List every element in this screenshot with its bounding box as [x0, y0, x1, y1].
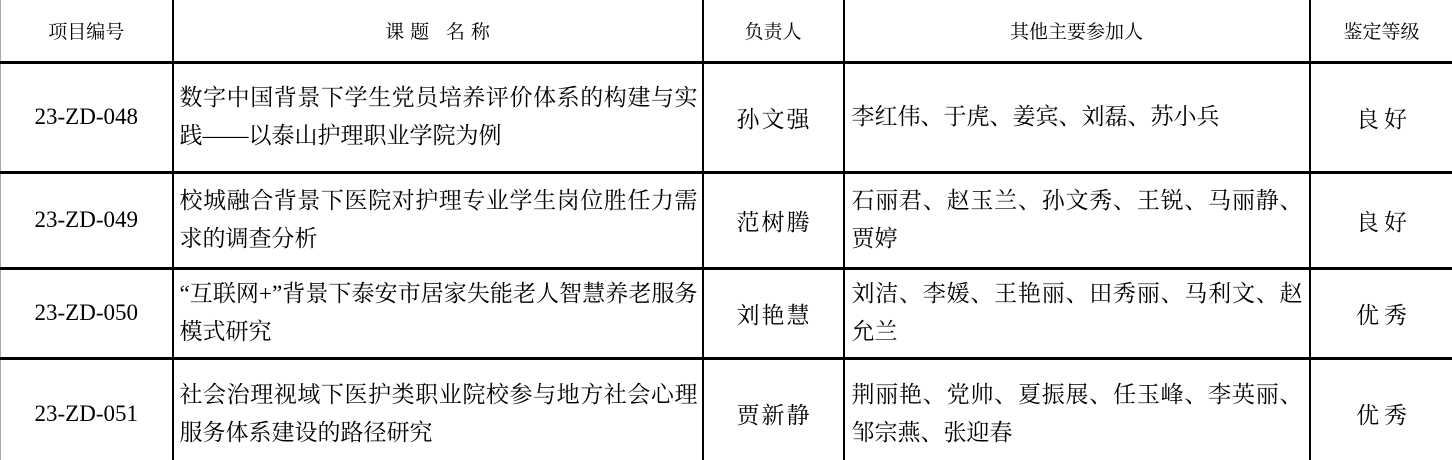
header-title: 课题 名称	[173, 0, 703, 62]
project-grade: 良好	[1310, 62, 1452, 172]
project-appraisal-table: 项目编号 课题 名称 负责人 其他主要参加人 鉴定等级 23-ZD-048 数字…	[0, 0, 1452, 460]
project-leader: 刘艳慧	[703, 268, 844, 358]
header-row: 项目编号 课题 名称 负责人 其他主要参加人 鉴定等级	[1, 0, 1452, 62]
table-row: 23-ZD-049 校城融合背景下医院对护理专业学生岗位胜任力需求的调查分析 范…	[1, 172, 1452, 268]
project-grade: 优秀	[1310, 358, 1452, 460]
header-project-id: 项目编号	[1, 0, 173, 62]
project-id: 23-ZD-050	[1, 268, 173, 358]
header-grade: 鉴定等级	[1310, 0, 1452, 62]
project-participants: 石丽君、赵玉兰、孙文秀、王锐、马丽静、贾婷	[844, 172, 1310, 268]
project-grade: 良好	[1310, 172, 1452, 268]
header-participants: 其他主要参加人	[844, 0, 1310, 62]
project-id: 23-ZD-049	[1, 172, 173, 268]
project-title: 校城融合背景下医院对护理专业学生岗位胜任力需求的调查分析	[173, 172, 703, 268]
project-id: 23-ZD-048	[1, 62, 173, 172]
table-row: 23-ZD-050 “互联网+”背景下泰安市居家失能老人智慧养老服务模式研究 刘…	[1, 268, 1452, 358]
project-participants: 荆丽艳、党帅、夏振展、任玉峰、李英丽、邹宗燕、张迎春	[844, 358, 1310, 460]
project-title: 数字中国背景下学生党员培养评价体系的构建与实践——以泰山护理职业学院为例	[173, 62, 703, 172]
project-participants: 李红伟、于虎、姜宾、刘磊、苏小兵	[844, 62, 1310, 172]
project-title: “互联网+”背景下泰安市居家失能老人智慧养老服务模式研究	[173, 268, 703, 358]
project-leader: 范树腾	[703, 172, 844, 268]
project-leader: 贾新静	[703, 358, 844, 460]
table-row: 23-ZD-051 社会治理视域下医护类职业院校参与地方社会心理服务体系建设的路…	[1, 358, 1452, 460]
project-id: 23-ZD-051	[1, 358, 173, 460]
project-leader: 孙文强	[703, 62, 844, 172]
project-appraisal-table-page: 项目编号 课题 名称 负责人 其他主要参加人 鉴定等级 23-ZD-048 数字…	[0, 0, 1452, 460]
project-title: 社会治理视域下医护类职业院校参与地方社会心理服务体系建设的路径研究	[173, 358, 703, 460]
header-leader: 负责人	[703, 0, 844, 62]
project-participants: 刘洁、李媛、王艳丽、田秀丽、马利文、赵允兰	[844, 268, 1310, 358]
table-row: 23-ZD-048 数字中国背景下学生党员培养评价体系的构建与实践——以泰山护理…	[1, 62, 1452, 172]
project-grade: 优秀	[1310, 268, 1452, 358]
